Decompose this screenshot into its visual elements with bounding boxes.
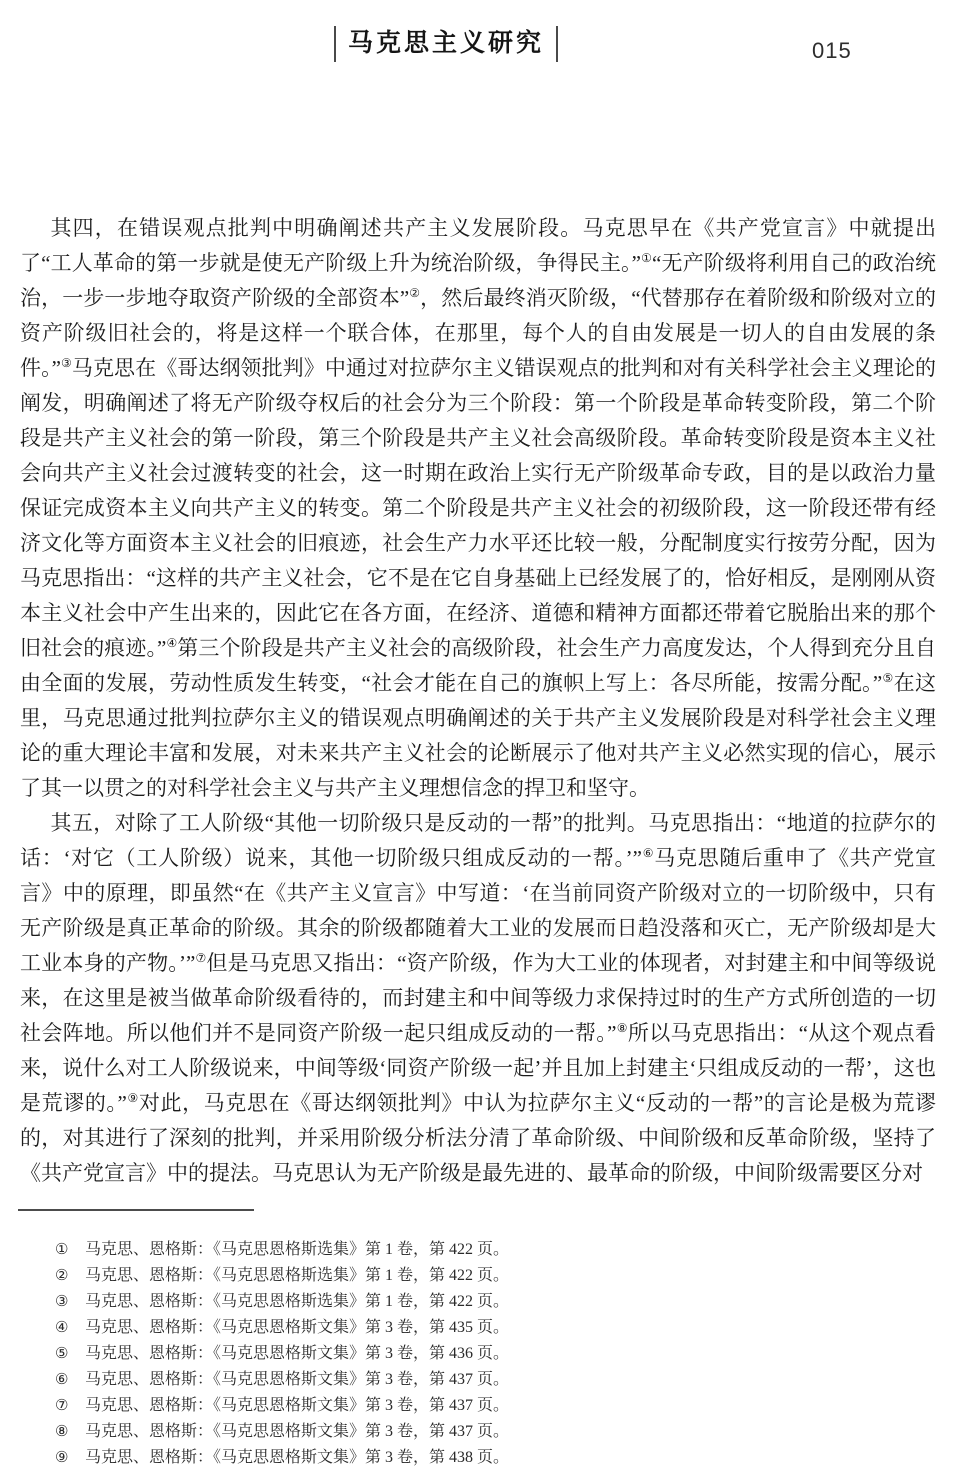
footnotes-section: ① 马克思、恩格斯：《马克思恩格斯选集》第 1 卷，第 422 页。 ② 马克思…	[55, 1237, 915, 1471]
footnote-item: ⑥ 马克思、恩格斯：《马克思恩格斯文集》第 3 卷，第 437 页。	[55, 1367, 915, 1393]
footnote-marker: ⑤	[55, 1342, 85, 1367]
footnote-reference: ④	[166, 636, 177, 650]
footnote-separator-rule	[18, 1209, 254, 1211]
footnote-marker: ①	[55, 1238, 85, 1263]
footnote-marker: ⑦	[55, 1394, 85, 1419]
footnote-marker: ⑥	[55, 1368, 85, 1393]
footnote-reference: ①	[641, 251, 652, 265]
footnote-text: 马克思、恩格斯：《马克思恩格斯选集》第 1 卷，第 422 页。	[85, 1263, 915, 1288]
footnote-text: 马克思、恩格斯：《马克思恩格斯文集》第 3 卷，第 437 页。	[85, 1393, 915, 1418]
body-paragraph-4th-point: 其四，在错误观点批判中明确阐述共产主义发展阶段。马克思早在《共产党宣言》中就提出…	[20, 211, 936, 806]
footnote-item: ④ 马克思、恩格斯：《马克思恩格斯文集》第 3 卷，第 435 页。	[55, 1315, 915, 1341]
body-text: 其四，在错误观点批判中明确阐述共产主义发展阶段。马克思早在《共产党宣言》中就提出…	[20, 211, 936, 1191]
footnote-item: ② 马克思、恩格斯：《马克思恩格斯选集》第 1 卷，第 422 页。	[55, 1263, 915, 1289]
footnote-text: 马克思、恩格斯：《马克思恩格斯选集》第 1 卷，第 422 页。	[85, 1289, 915, 1314]
footnote-marker: ③	[55, 1290, 85, 1315]
document-page: 马克思主义研究 015 其四，在错误观点批判中明确阐述共产主义发展阶段。马克思早…	[0, 0, 958, 1476]
footnote-item: ⑨ 马克思、恩格斯：《马克思恩格斯文集》第 3 卷，第 438 页。	[55, 1445, 915, 1471]
footnote-item: ③ 马克思、恩格斯：《马克思恩格斯选集》第 1 卷，第 422 页。	[55, 1289, 915, 1315]
footnote-text: 马克思、恩格斯：《马克思恩格斯文集》第 3 卷，第 438 页。	[85, 1445, 915, 1470]
footnote-marker: ⑧	[55, 1420, 85, 1445]
footnote-text: 马克思、恩格斯：《马克思恩格斯文集》第 3 卷，第 437 页。	[85, 1419, 915, 1444]
journal-title: 马克思主义研究	[334, 26, 558, 62]
footnote-reference: ⑧	[616, 1021, 627, 1035]
body-paragraph-5th-point: 其五，对除了工人阶级“其他一切阶级只是反动的一帮”的批判。马克思指出：“地道的拉…	[20, 806, 936, 1191]
footnote-marker: ⑨	[55, 1446, 85, 1471]
footnote-reference: ⑥	[642, 846, 654, 860]
footnote-text: 马克思、恩格斯：《马克思恩格斯文集》第 3 卷，第 437 页。	[85, 1367, 915, 1392]
footnote-item: ① 马克思、恩格斯：《马克思恩格斯选集》第 1 卷，第 422 页。	[55, 1237, 915, 1263]
footnote-reference: ⑨	[127, 1091, 139, 1105]
footnote-text: 马克思、恩格斯：《马克思恩格斯文集》第 3 卷，第 435 页。	[85, 1315, 915, 1340]
footnote-reference: ⑤	[882, 671, 893, 685]
footnote-item: ⑧ 马克思、恩格斯：《马克思恩格斯文集》第 3 卷，第 437 页。	[55, 1419, 915, 1445]
footnote-marker: ④	[55, 1316, 85, 1341]
footnote-reference: ②	[409, 286, 420, 300]
footnote-item: ⑦ 马克思、恩格斯：《马克思恩格斯文集》第 3 卷，第 437 页。	[55, 1393, 915, 1419]
running-head: 马克思主义研究 015	[0, 26, 958, 70]
footnote-text: 马克思、恩格斯：《马克思恩格斯选集》第 1 卷，第 422 页。	[85, 1237, 915, 1262]
footnote-reference: ⑦	[195, 951, 206, 965]
page-number: 015	[812, 38, 852, 64]
footnote-item: ⑤ 马克思、恩格斯：《马克思恩格斯文集》第 3 卷，第 436 页。	[55, 1341, 915, 1367]
footnote-marker: ②	[55, 1264, 85, 1289]
footnote-reference: ③	[61, 356, 72, 370]
footnote-text: 马克思、恩格斯：《马克思恩格斯文集》第 3 卷，第 436 页。	[85, 1341, 915, 1366]
